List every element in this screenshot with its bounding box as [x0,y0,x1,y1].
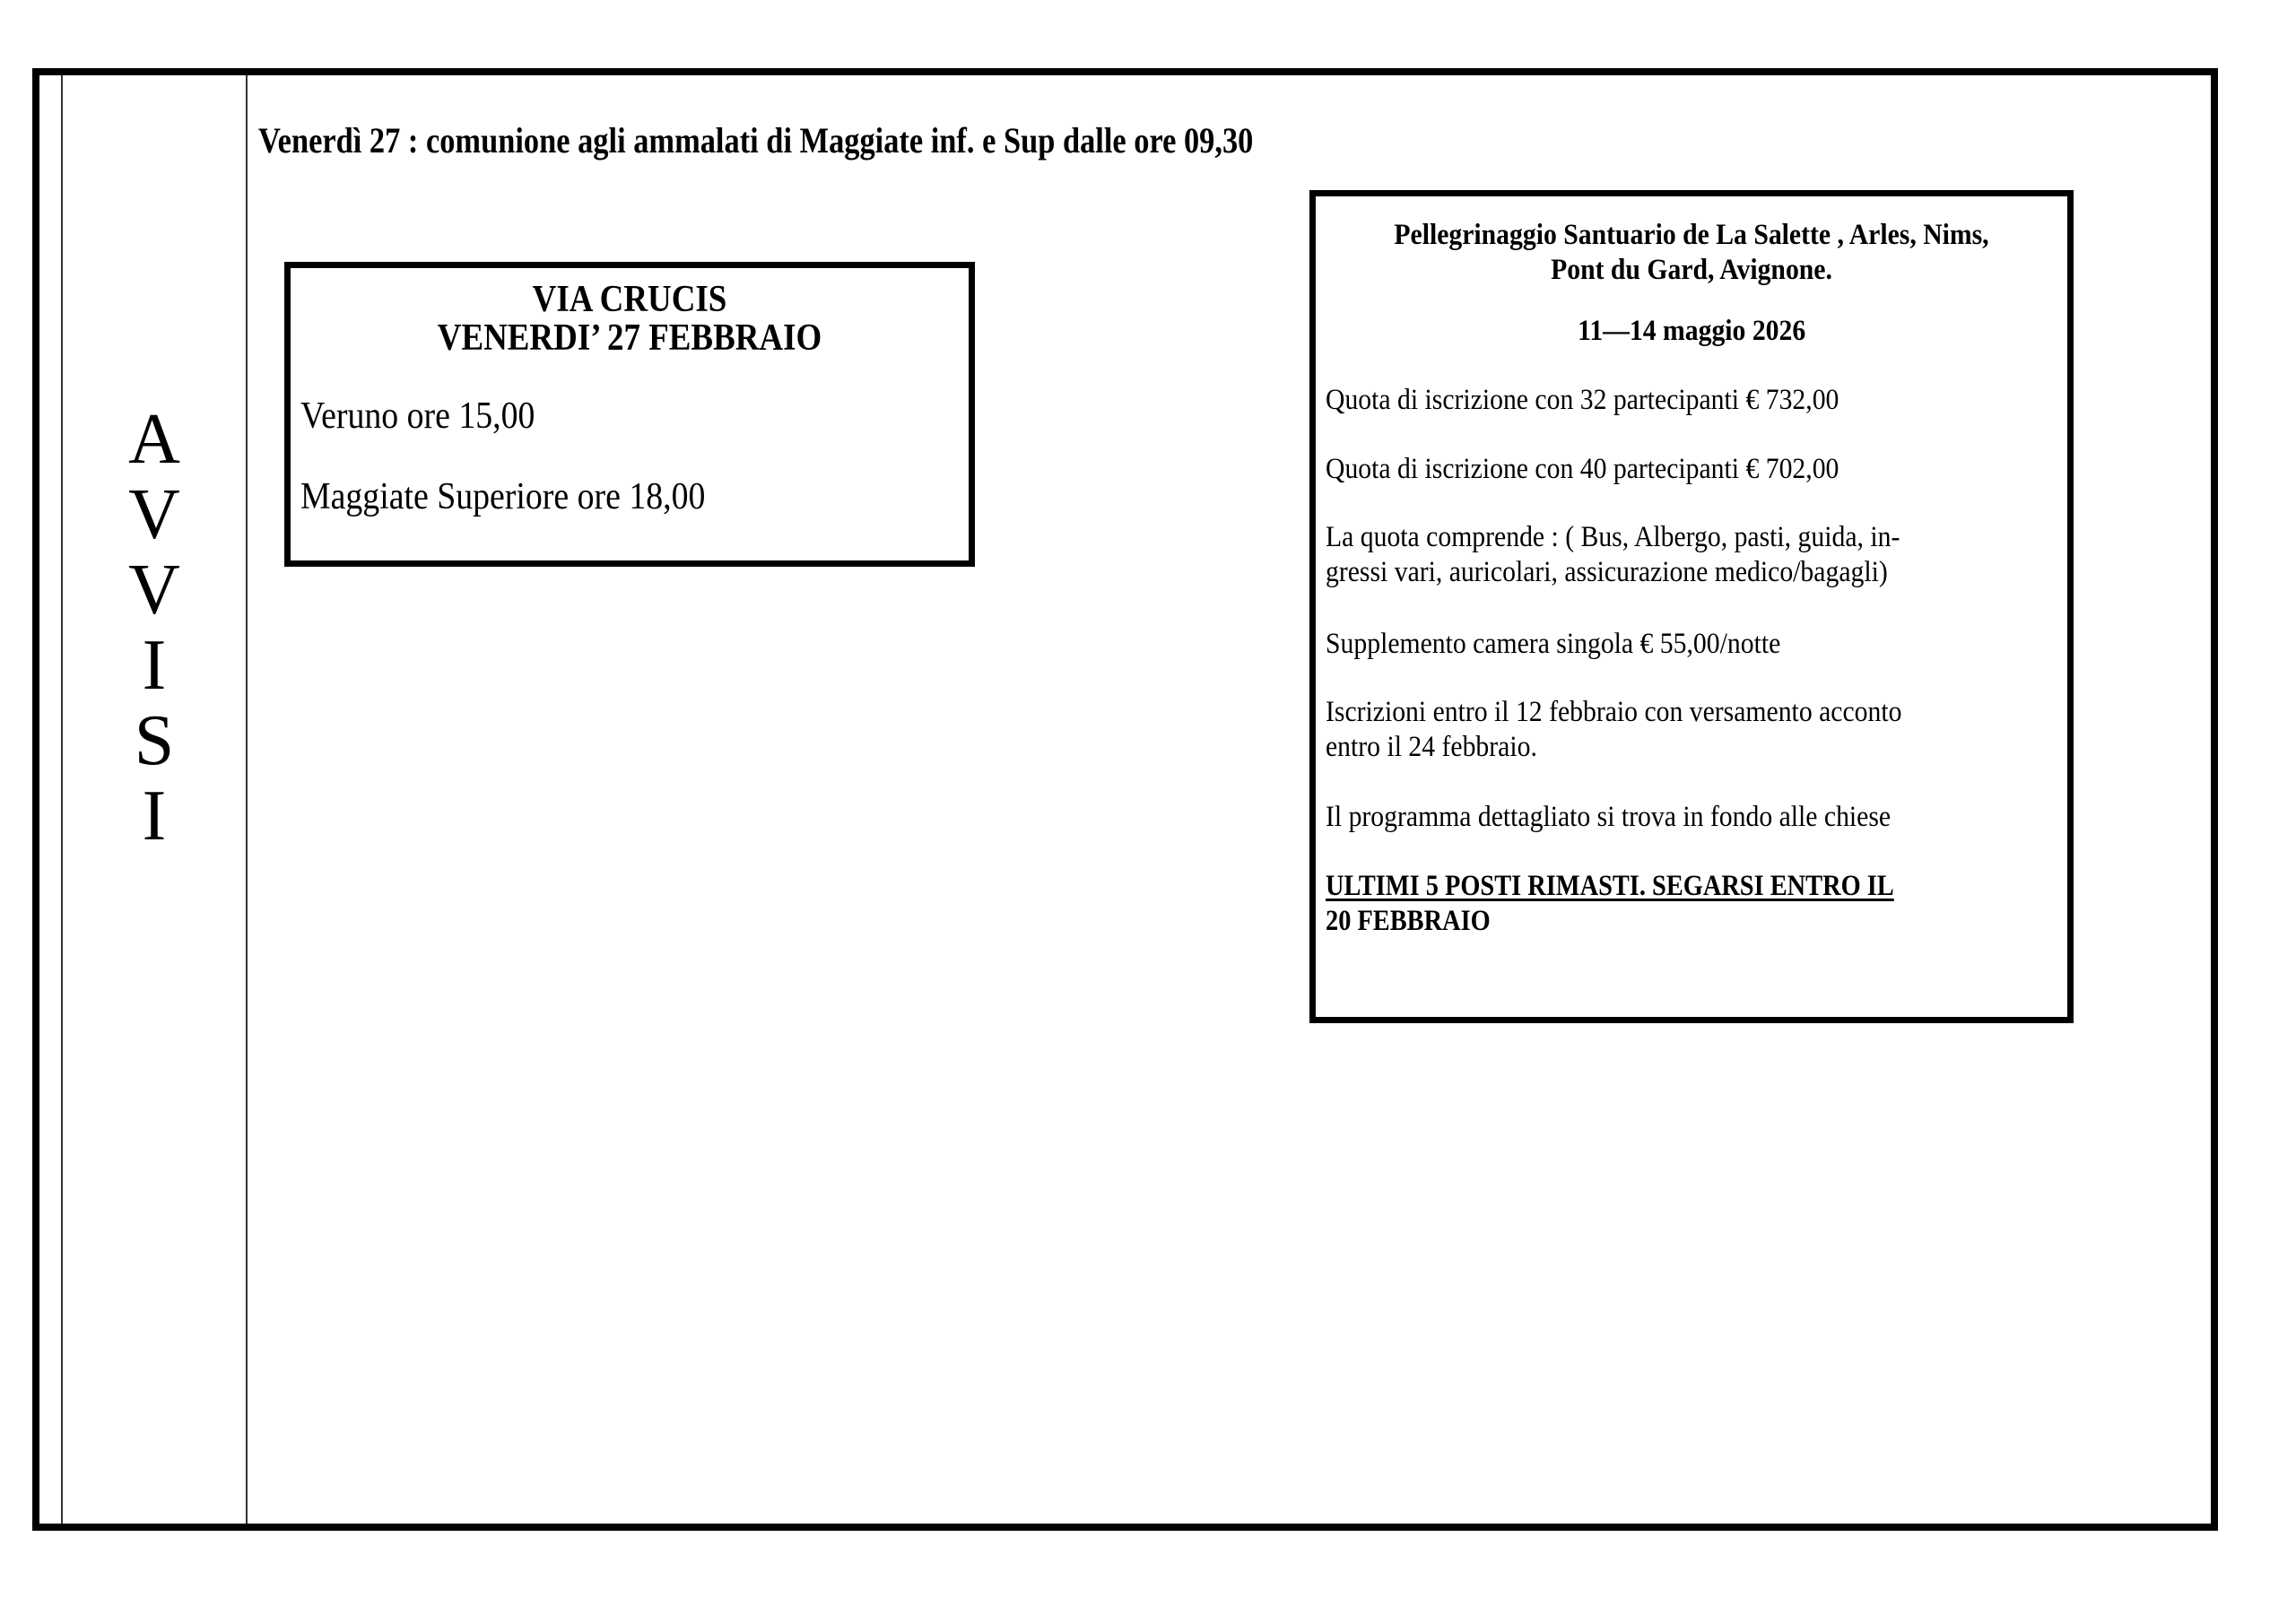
program-info: Il programma dettagliato si trova in fon… [1326,800,1891,835]
via-crucis-heading: VIA CRUCIS VENERDI’ 27 FEBBRAIO [291,281,969,358]
communion-announcement: Venerdì 27 : comunione agli ammalati di … [258,119,1253,161]
pilgrimage-dates-text: 11—14 maggio 2026 [1578,315,1805,348]
via-crucis-event: Veruno ore 15,00 [300,395,535,438]
sidebar-letter: A [118,402,190,477]
sidebar-right-rule [246,75,248,1524]
quota-includes: La quota comprende : ( Bus, Albergo, pas… [1326,520,1900,590]
via-crucis-box: VIA CRUCIS VENERDI’ 27 FEBBRAIO Veruno o… [284,262,975,567]
sidebar-letter: S [118,703,190,778]
pilgrimage-title-line: Pont du Gard, Avignone. [1353,253,2030,288]
via-crucis-title: VIA CRUCIS [331,281,927,319]
single-room-supplement: Supplemento camera singola € 55,00/notte [1326,627,1780,662]
quota-includes-line: La quota comprende : ( Bus, Albergo, pas… [1326,520,1900,555]
registration-line: Iscrizioni entro il 12 febbraio con vers… [1326,695,1901,730]
quota-32: Quota di iscrizione con 32 partecipanti … [1326,383,1839,418]
quota-40: Quota di iscrizione con 40 partecipanti … [1326,452,1839,487]
registration-deadline: Iscrizioni entro il 12 febbraio con vers… [1326,695,1901,765]
pilgrimage-title: Pellegrinaggio Santuario de La Salette ,… [1316,218,2067,288]
sidebar-left-rule [61,75,63,1524]
quota-includes-line: gressi vari, auricolari, assicurazione m… [1326,555,1900,590]
alert-line: ULTIMI 5 POSTI RIMASTI. SEGARSI ENTRO IL [1326,869,1894,904]
sidebar-letter: I [118,778,190,854]
pilgrimage-box: Pellegrinaggio Santuario de La Salette ,… [1309,190,2074,1023]
via-crucis-event: Maggiate Superiore ore 18,00 [300,475,705,518]
sidebar-title-avvisi: A V V I S I [118,402,190,854]
pilgrimage-title-line: Pellegrinaggio Santuario de La Salette ,… [1353,218,2030,253]
sidebar-letter: V [118,477,190,552]
sidebar-letter: I [118,628,190,703]
registration-line: entro il 24 febbraio. [1326,730,1901,765]
last-seats-alert: ULTIMI 5 POSTI RIMASTI. SEGARSI ENTRO IL… [1326,869,1894,939]
via-crucis-date: VENERDI’ 27 FEBBRAIO [331,319,927,358]
alert-line: 20 FEBBRAIO [1326,904,1491,939]
sidebar-letter: V [118,552,190,628]
pilgrimage-dates: 11—14 maggio 2026 [1316,315,2067,348]
